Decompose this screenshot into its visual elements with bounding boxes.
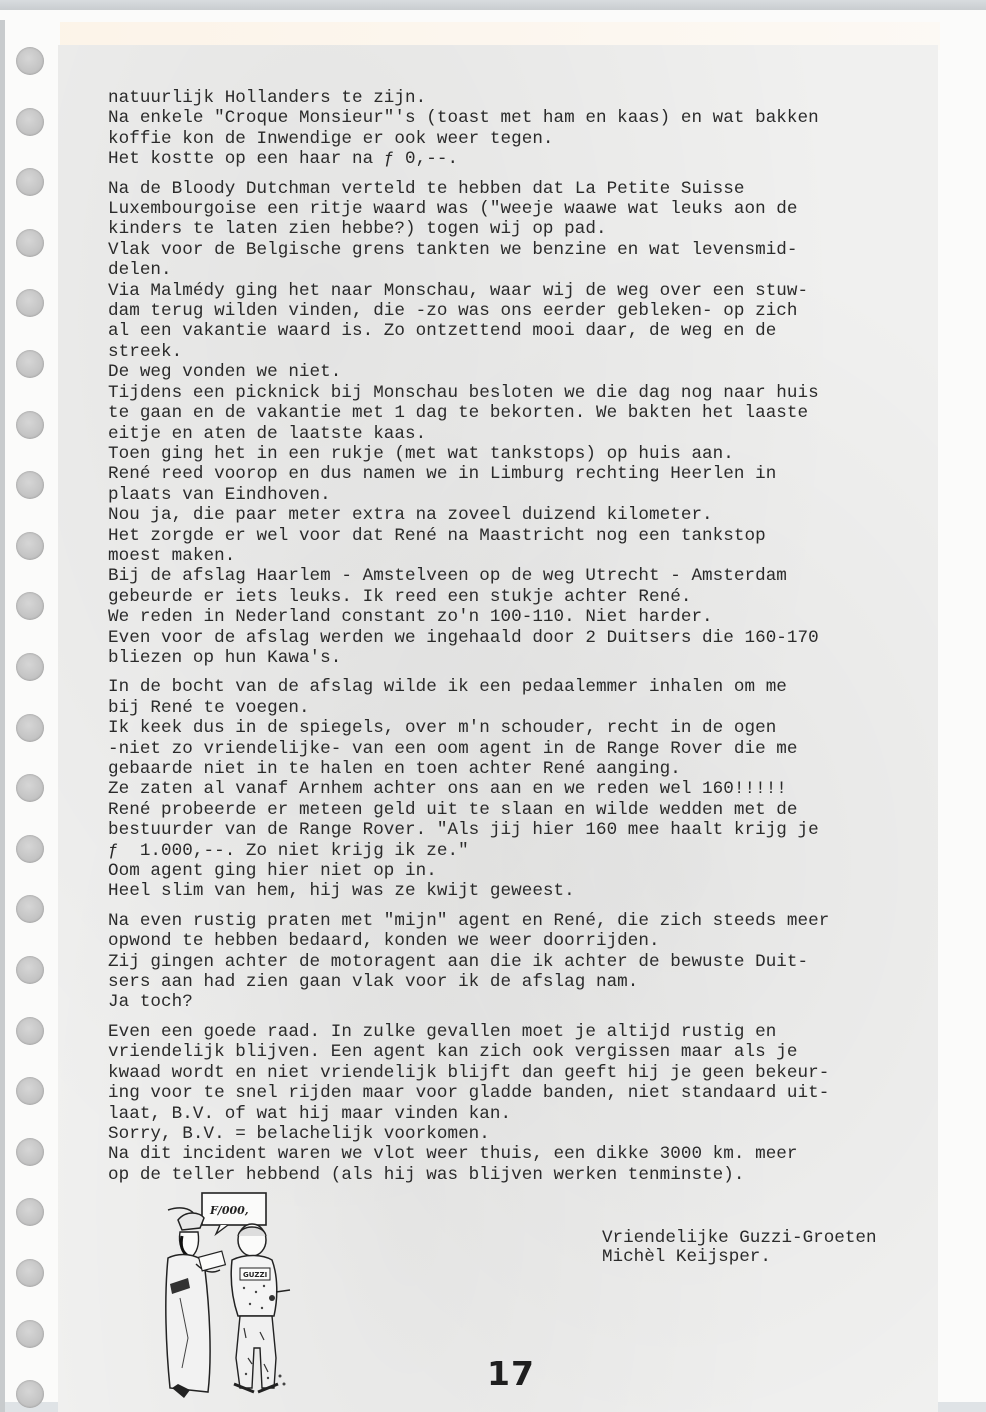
text-line: Toen ging het in een rukje (met wat tank… — [108, 444, 938, 464]
text-line: Na enkele "Croque Monsieur"'s (toast met… — [108, 108, 938, 128]
police-and-rider-drawing: F/000, GUZZI — [160, 1188, 300, 1400]
text-line: René reed voorop en dus namen we in Limb… — [108, 464, 938, 484]
text-line: koffie kon de Inwendige er ook weer tege… — [108, 129, 938, 149]
binding-hole — [16, 229, 44, 257]
text-line: plaats van Eindhoven. — [108, 485, 938, 505]
text-line: Even een goede raad. In zulke gevallen m… — [108, 1022, 938, 1042]
text-line: Ze zaten al vanaf Arnhem achter ons aan … — [108, 779, 938, 799]
text-line: Na de Bloody Dutchman verteld te hebben … — [108, 179, 938, 199]
binding-hole — [16, 653, 44, 681]
text-line: laat, B.V. of wat hij maar vinden kan. — [108, 1104, 938, 1124]
binding-hole — [16, 168, 44, 196]
binding-hole — [16, 1380, 44, 1402]
text-line: Luxembourgoise een ritje waard was ("wee… — [108, 199, 938, 219]
page-left-edge — [0, 20, 5, 1402]
text-line: streek. — [108, 342, 938, 362]
speech-bubble-text: F/000, — [209, 1204, 249, 1217]
text-line: eitje en aten de laatste kaas. — [108, 424, 938, 444]
binding-hole — [16, 714, 44, 742]
text-line: moest maken. — [108, 546, 938, 566]
paragraph: In de bocht van de afslag wilde ik een p… — [108, 677, 938, 901]
text-line: Het zorgde er wel voor dat René na Maast… — [108, 526, 938, 546]
paragraph: Na de Bloody Dutchman verteld te hebben … — [108, 179, 938, 669]
text-line: kinders te laten zien hebbe?) togen wij … — [108, 219, 938, 239]
text-line: gebeurde er iets leuks. Ik reed een stuk… — [108, 587, 938, 607]
paragraph: natuurlijk Hollanders te zijn.Na enkele … — [108, 88, 938, 170]
signature: Vriendelijke Guzzi-GroetenMichèl Keijspe… — [602, 1229, 877, 1267]
binding-hole — [16, 1017, 44, 1045]
binding-hole — [16, 350, 44, 378]
text-line: al een vakantie waard is. Zo ontzettend … — [108, 321, 938, 341]
binding-hole — [16, 774, 44, 802]
text-line: ing voor te snel rijden maar voor gladde… — [108, 1083, 938, 1103]
binding-hole — [16, 1138, 44, 1166]
text-line: Via Malmédy ging het naar Monschau, waar… — [108, 281, 938, 301]
text-line: bliezen op hun Kawa's. — [108, 648, 938, 668]
binding-hole — [16, 411, 44, 439]
text-line: Heel slim van hem, hij was ze kwijt gewe… — [108, 881, 938, 901]
text-line: Het kostte op een haar na ƒ 0,--. — [108, 149, 938, 169]
text-line: kwaad wordt en niet vriendelijk blijft d… — [108, 1063, 938, 1083]
paragraph: Na even rustig praten met "mijn" agent e… — [108, 911, 938, 1013]
text-line: delen. — [108, 260, 938, 280]
text-line: Vlak voor de Belgische grens tankten we … — [108, 240, 938, 260]
signature-greeting: Vriendelijke Guzzi-Groeten — [602, 1229, 877, 1248]
text-line: bij René te voegen. — [108, 698, 938, 718]
binding-hole — [16, 471, 44, 499]
text-line: Zij gingen achter de motoragent aan die … — [108, 952, 938, 972]
binding-hole — [16, 1259, 44, 1287]
binding-hole — [16, 108, 44, 136]
cartoon-illustration: F/000, GUZZI — [160, 1188, 300, 1400]
signature-author: Michèl Keijsper. — [602, 1248, 877, 1267]
binding-hole — [16, 835, 44, 863]
text-line: Na dit incident waren we vlot weer thuis… — [108, 1144, 938, 1164]
page-number: 17 — [487, 1354, 535, 1393]
text-line: Ja toch? — [108, 992, 938, 1012]
text-line: We reden in Nederland constant zo'n 100-… — [108, 607, 938, 627]
text-line: Oom agent ging hier niet op in. — [108, 861, 938, 881]
text-line: Na even rustig praten met "mijn" agent e… — [108, 911, 938, 931]
text-line: Ik keek dus in de spiegels, over m'n sch… — [108, 718, 938, 738]
text-line: In de bocht van de afslag wilde ik een p… — [108, 677, 938, 697]
text-line: dam terug wilden vinden, die -zo was ons… — [108, 301, 938, 321]
text-line: sers aan had zien gaan vlak voor ik de a… — [108, 972, 938, 992]
text-line: op de teller hebbend (als hij was blijve… — [108, 1165, 938, 1185]
text-line: De weg vonden we niet. — [108, 362, 938, 382]
binding-hole — [16, 956, 44, 984]
rider-shirt-text: GUZZI — [243, 1271, 267, 1279]
text-line: te gaan en de vakantie met 1 dag te beko… — [108, 403, 938, 423]
text-line: gebaarde niet in te halen en toen achter… — [108, 759, 938, 779]
text-line: Nou ja, die paar meter extra na zoveel d… — [108, 505, 938, 525]
text-line: vriendelijk blijven. Een agent kan zich … — [108, 1042, 938, 1062]
text-line: opwond te hebben bedaard, konden we weer… — [108, 931, 938, 951]
scan-top-edge — [0, 0, 986, 10]
binding-hole — [16, 1320, 44, 1348]
binding-hole — [16, 47, 44, 75]
text-line: Tijdens een picknick bij Monschau beslot… — [108, 383, 938, 403]
text-line: ƒ 1.000,--. Zo niet krijg ik ze." — [108, 841, 938, 861]
article-body: natuurlijk Hollanders te zijn.Na enkele … — [108, 88, 938, 1194]
binding-hole — [16, 532, 44, 560]
binding-hole — [16, 1077, 44, 1105]
text-line: René probeerde er meteen geld uit te sla… — [108, 800, 938, 820]
text-line: Sorry, B.V. = belachelijk voorkomen. — [108, 1124, 938, 1144]
paragraph: Even een goede raad. In zulke gevallen m… — [108, 1022, 938, 1185]
text-line: Even voor de afslag werden we ingehaald … — [108, 628, 938, 648]
text-line: Bij de afslag Haarlem - Amstelveen op de… — [108, 566, 938, 586]
text-line: natuurlijk Hollanders te zijn. — [108, 88, 938, 108]
text-line: bestuurder van de Range Rover. "Als jij … — [108, 820, 938, 840]
text-line: -niet zo vriendelijke- van een oom agent… — [108, 739, 938, 759]
